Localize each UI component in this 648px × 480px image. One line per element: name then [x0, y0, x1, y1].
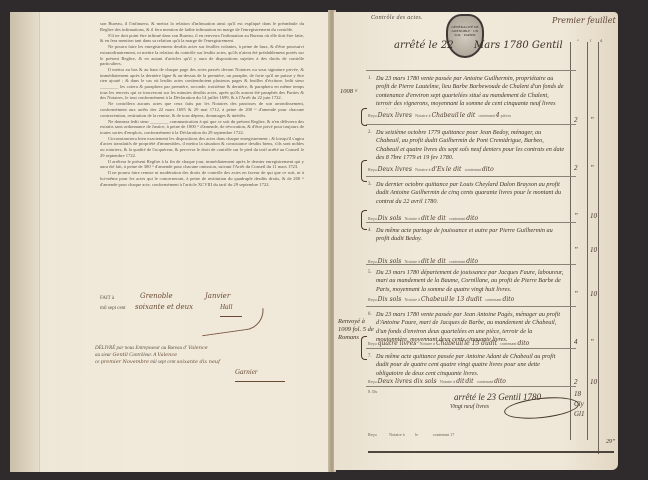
- entry-footer: Reçu Dix sols Notaire à Chabeuil le 13 d…: [368, 296, 572, 303]
- amount-livres: ”: [574, 290, 578, 298]
- instruction-paragraph: S'il ne doit point être infinué dans son…: [100, 33, 304, 44]
- delivre-line2a: au sieur: [95, 353, 111, 358]
- bottom-rule: [368, 451, 614, 453]
- col-head-livres: ᶫᵗ: [577, 38, 579, 43]
- entry-footer: Reçu Deux livres dix sols Notaire à dit …: [368, 378, 572, 385]
- delivre-line3b: mil sept cent: [150, 360, 175, 365]
- fait-date: Janvier: [205, 292, 230, 300]
- header-hand-2: Mars 1780 Gentil: [474, 40, 563, 51]
- amount-sols: 10: [590, 378, 597, 386]
- amount-livres: 2: [574, 116, 578, 124]
- margin-note: Renvoyé à 1009 fol. 5 de Romans: [338, 318, 374, 342]
- delivre-line1: DÉLIVRÉ par nous Entreposeur au Bureau d…: [95, 346, 187, 351]
- instruction-paragraph: son Bureau, il l'infinuera, & mettra la …: [100, 21, 304, 32]
- delivre-place: Valence: [188, 345, 208, 351]
- amount-sols: 10: [590, 290, 597, 298]
- entry-divider: [366, 222, 576, 223]
- blank-entry-footer: Reçu Notaire à le contenant 17: [368, 432, 572, 437]
- amount-sols: 10: [590, 212, 597, 220]
- folio-label: Premier feuillet: [552, 16, 616, 25]
- entry-footer: Reçu Dix sols Notaire à dit le dit conte…: [368, 215, 572, 222]
- brace: [361, 210, 367, 230]
- instruction-paragraph: Ne contrôlera aucuns actes que ceux fait…: [100, 101, 304, 118]
- entry-divider: [366, 306, 576, 307]
- instruction-paragraph: Il mettra au bas & au haut de chaque pag…: [100, 67, 304, 101]
- register-entry: 2.Du seizième octobre 1779 quittance pou…: [368, 128, 566, 161]
- register-entry: 3.Du dernier octobre quittance par Louis…: [368, 180, 566, 213]
- column-total-1: 18: [574, 390, 581, 398]
- register-title: Contrôle des actes.: [371, 15, 423, 21]
- amount-livres: 2: [574, 378, 578, 386]
- amount-livres: ”: [574, 212, 578, 220]
- scanned-register: son Bureau, il l'infinuera, & mettra la …: [0, 0, 648, 480]
- header-hand-1: arrêté le 22: [394, 40, 454, 51]
- amount-livres: ”: [574, 246, 578, 254]
- column-total-3: Gl1: [574, 410, 585, 418]
- register-entry: 4.Du même acte partage de jouissance et …: [368, 226, 566, 245]
- entry-divider: [366, 176, 576, 177]
- instruction-paragraph: Il ne pourra faire remise ni modération …: [100, 170, 304, 187]
- fait-place: Grenoble: [140, 292, 173, 300]
- amount-livres: 2: [574, 164, 578, 172]
- column-rule: [598, 42, 599, 454]
- entry-divider: [366, 348, 576, 349]
- instruction-paragraph: Circonstanciera bien exactement les disp…: [100, 136, 304, 158]
- amount-sols: 10: [590, 246, 597, 254]
- entry-divider: [366, 124, 576, 125]
- amount-sols: ”: [590, 116, 594, 124]
- mil-label: mil sept cent: [100, 306, 126, 311]
- column-total-2: Cly: [574, 400, 584, 408]
- amount-sols: ”: [590, 338, 594, 346]
- right-page: Contrôle des actes. GÉNÉRALITÉ DE GRENOB…: [334, 12, 618, 470]
- delivre-date: premier Novembre: [101, 359, 149, 365]
- mil-hand: soixante et deux: [135, 303, 193, 311]
- entry-divider: [366, 386, 576, 387]
- fait-label: FAIT à: [100, 296, 114, 301]
- delivre-recipient: Gentil: [113, 352, 128, 358]
- amount-livres: 4: [574, 338, 578, 346]
- printed-instructions: son Bureau, il l'infinuera, & mettra la …: [100, 21, 304, 188]
- delivre-line2b: Contrôleur. A: [129, 353, 156, 358]
- delivery-block: DÉLIVRÉ par nous Entreposeur au Bureau d…: [95, 345, 305, 366]
- entry-footer: Reçu quatre livres Notaire à Chabeuil le…: [368, 340, 572, 347]
- margin-note: 1008 ᶫᵗ: [340, 88, 357, 96]
- instruction-paragraph: Il arrêtera le présent Regître à la fin …: [100, 159, 304, 170]
- page-edge: [10, 12, 40, 472]
- amount-sols: ”: [590, 164, 594, 172]
- entry-footer: Reçu Deux livres Notaire à Chabeuil le d…: [368, 112, 572, 119]
- signature-2: Garnier: [235, 368, 285, 382]
- register-entry: 1.Du 23 mars 1780 vente passée par Antoi…: [368, 74, 566, 109]
- entry-divider: [366, 264, 576, 265]
- col-head-deniers: d.: [600, 38, 603, 43]
- register-entry: 6.Du 23 mars 1780 vente passée par Jean …: [368, 310, 566, 343]
- brace: [361, 160, 367, 182]
- delivre-year: soixante dix neuf: [177, 359, 220, 365]
- entry-divider: [366, 70, 576, 71]
- column-rule: [587, 42, 588, 440]
- register-entry: 7.Du même acte quittance passée par Anto…: [368, 352, 566, 377]
- delivre-line3a: ce: [95, 360, 99, 365]
- delivre-place2: Valence: [157, 352, 177, 358]
- tax-stamp-icon: GÉNÉRALITÉ DE GRENOBLE · UN SOL · PAPIER: [446, 14, 484, 58]
- instruction-paragraph: Ne pourra faire les enregistremens desdi…: [100, 44, 304, 66]
- instruction-paragraph: Ne donnera ledit sieur ________ communic…: [100, 119, 304, 136]
- page-total: 29”: [606, 439, 615, 445]
- closing-hand-2: Vingt neuf livres: [450, 404, 489, 410]
- entry-footer: Reçu Deux livres Notaire à d'Ex le dit c…: [368, 166, 572, 173]
- col-head-sols: ſ: [590, 38, 591, 43]
